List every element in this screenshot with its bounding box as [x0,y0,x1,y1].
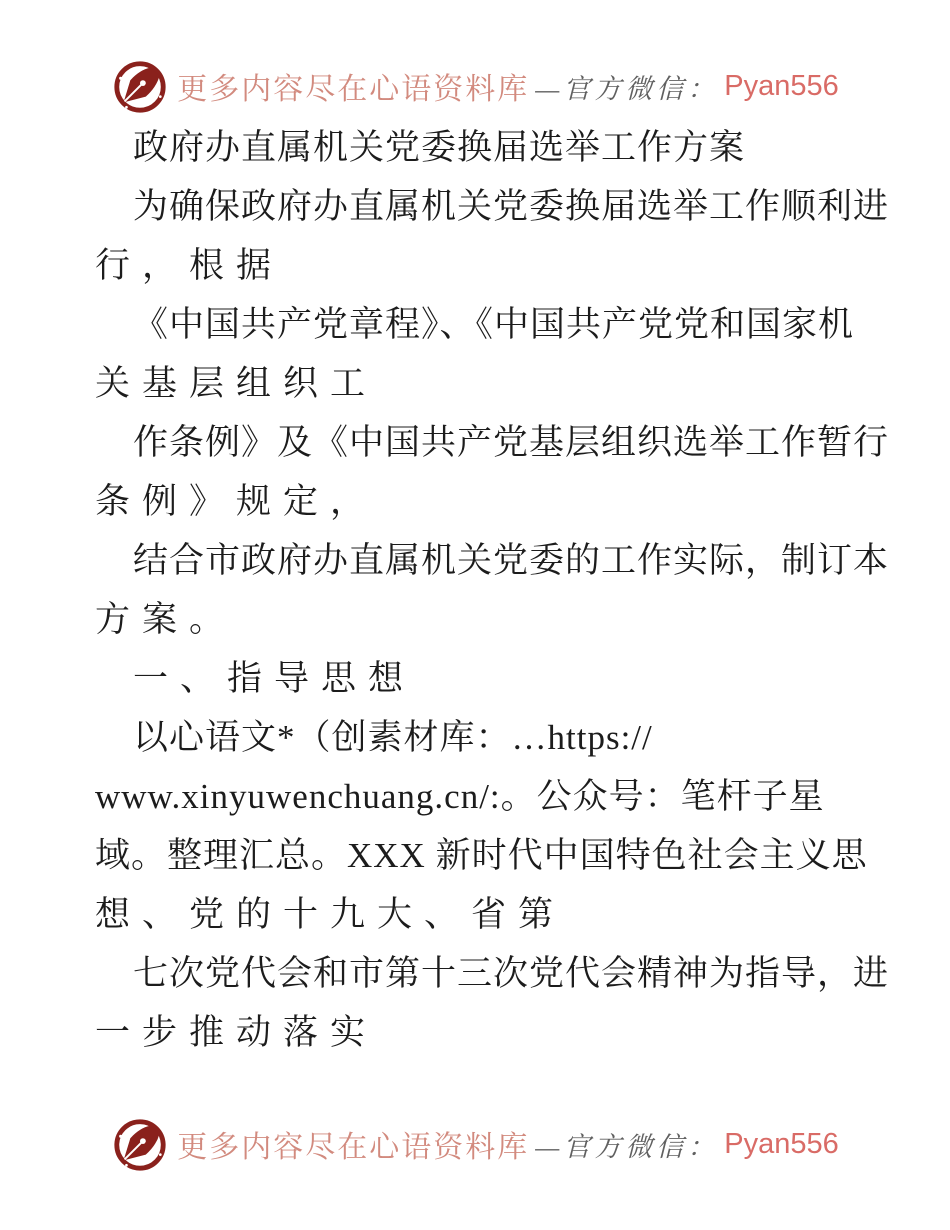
document-body: 政府办直属机关党委换届选举工作方案为确保政府办直属机关党委换届选举工作顺利进行，… [95,118,870,1062]
text-line: 域。整理汇总。XXX 新时代中国特色社会主义思 [95,826,870,885]
text-line: 七次党代会和市第十三次党代会精神为指导，进 [95,944,870,1003]
brand-site-text: 更多内容尽在心语资料库 [177,64,529,108]
text-line: 为确保政府办直属机关党委换届选举工作顺利进 [95,177,870,236]
wechat-id: Pyan556 [724,1128,839,1161]
text-line: 作条例》及《中国共产党基层组织选举工作暂行 [95,413,870,472]
pen-nib-logo-icon [111,1114,169,1174]
text-line: 方案。 [95,590,870,649]
wechat-id: Pyan556 [724,70,839,103]
text-line: 关基层组织工 [95,354,870,413]
text-line: 一、指导思想 [95,649,870,708]
text-line: 想、党的十九大、省第 [95,885,870,944]
text-line: 政府办直属机关党委换届选举工作方案 [95,118,870,177]
wechat-label: —官方微信： [535,1125,718,1164]
pen-nib-logo-icon [111,56,169,116]
text-line: www.xinyuwenchuang.cn/:。公众号：笔杆子星 [95,767,870,826]
brand-site-text: 更多内容尽在心语资料库 [177,1122,529,1166]
text-line: 《中国共产党章程》、《中国共产党党和国家机 [95,295,870,354]
wechat-label: —官方微信： [535,67,718,106]
header-watermark: 更多内容尽在心语资料库 —官方微信： Pyan556 [0,56,950,116]
text-line: 行，根据 [95,236,870,295]
text-line: 以心语文*（创素材库：…https:// [95,708,870,767]
text-line: 条例》规定， [95,472,870,531]
footer-watermark: 更多内容尽在心语资料库 —官方微信： Pyan556 [0,1114,950,1174]
text-line: 结合市政府办直属机关党委的工作实际，制订本 [95,531,870,590]
text-line: 一步推动落实 [95,1003,870,1062]
document-page: 更多内容尽在心语资料库 —官方微信： Pyan556 政府办直属机关党委换届选举… [0,0,950,1230]
